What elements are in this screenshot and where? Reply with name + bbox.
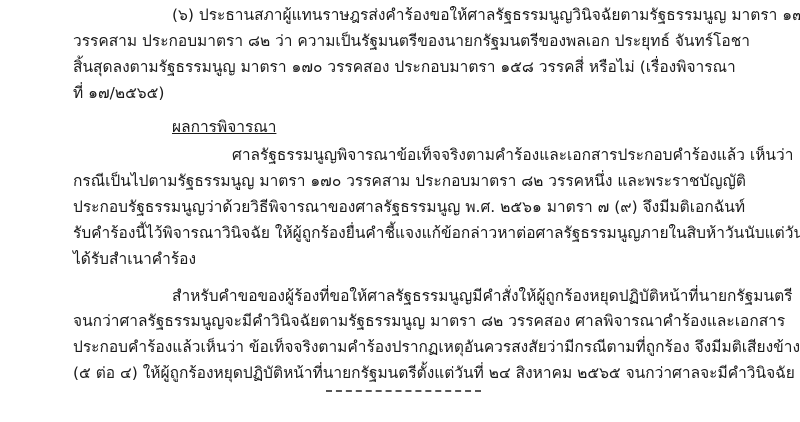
paragraph-1-line-2: กรณีเป็นไปตามรัฐธรรมนูญ มาตรา ๑๗๐ วรรคสา… bbox=[73, 168, 725, 194]
item-6-line-4: ที่ ๑๗/๒๕๖๕) bbox=[73, 80, 725, 106]
paragraph-2-line-3: ประกอบคำร้องแล้วเห็นว่า ข้อเท็จจริงตามคำ… bbox=[73, 334, 725, 360]
end-separator bbox=[326, 390, 481, 392]
result-heading: ผลการพิจารณา bbox=[172, 114, 276, 140]
paragraph-2-line-2: จนกว่าศาลรัฐธรรมนูญจะมีคำวินิจฉัยตามรัฐธ… bbox=[73, 308, 725, 334]
paragraph-2-line-1: สำหรับคำขอของผู้ร้องที่ขอให้ศาลรัฐธรรมนู… bbox=[172, 283, 725, 309]
paragraph-1-line-5: ได้รับสำเนาคำร้อง bbox=[73, 246, 725, 272]
paragraph-1-line-3: ประกอบรัฐธรรมนูญว่าด้วยวิธีพิจารณาของศาล… bbox=[73, 194, 725, 220]
paragraph-1-line-1: ศาลรัฐธรรมนูญพิจารณาข้อเท็จจริงตามคำร้อง… bbox=[232, 142, 725, 168]
item-6-line-3: สิ้นสุดลงตามรัฐธรรมนูญ มาตรา ๑๗๐ วรรคสอง… bbox=[73, 54, 725, 80]
paragraph-2-line-4: (๕ ต่อ ๔) ให้ผู้ถูกร้องหยุดปฏิบัติหน้าที… bbox=[73, 360, 725, 386]
item-6-line-1: (๖) ประธานสภาผู้แทนราษฎรส่งคำร้องขอให้ศา… bbox=[172, 2, 725, 28]
item-6-line-2: วรรคสาม ประกอบมาตรา ๘๒ ว่า ความเป็นรัฐมน… bbox=[73, 28, 725, 54]
paragraph-1-line-4: รับคำร้องนี้ไว้พิจารณาวินิจฉัย ให้ผู้ถูก… bbox=[73, 220, 725, 246]
